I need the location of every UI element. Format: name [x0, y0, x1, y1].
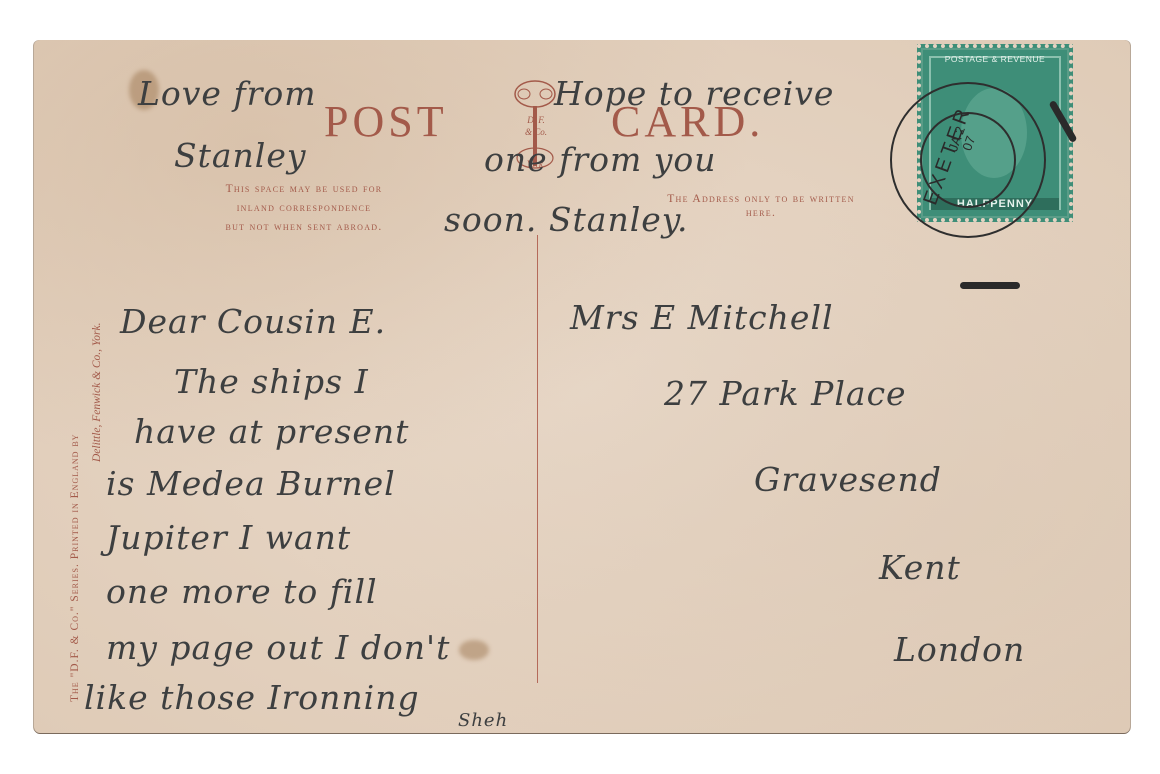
handwriting-from-you: one from you	[484, 140, 717, 179]
address-line-street: 27 Park Place	[664, 374, 907, 413]
note-line: but not when sent abroad.	[164, 218, 444, 237]
address-line-name: Mrs E Mitchell	[570, 298, 834, 337]
address-line-town: Gravesend	[754, 460, 942, 499]
publisher-line: Delittle, Fenwick & Co., York.	[86, 82, 108, 702]
message-line: one more to fill	[106, 572, 378, 611]
logo-line: D. F.	[516, 114, 556, 126]
note-line: inland correspondence	[164, 199, 444, 218]
message-line: have at present	[134, 412, 409, 451]
address-line-county: Kent	[879, 548, 961, 587]
center-divider	[537, 235, 538, 683]
handwriting-soon: soon. Stanley.	[444, 200, 689, 239]
note-line: This space may be used for	[164, 180, 444, 199]
message-line: Dear Cousin E.	[120, 302, 386, 341]
stamp-top-text: POSTAGE & REVENUE	[921, 54, 1069, 64]
logo-line: & Co.	[516, 126, 556, 138]
message-signoff: Sheh	[458, 710, 508, 731]
correspondence-note: This space may be used for inland corres…	[164, 180, 444, 237]
title-post: POST	[324, 96, 448, 147]
cancel-bar	[960, 282, 1020, 289]
ink-stain	[459, 640, 489, 660]
handwriting-stanley: Stanley	[174, 136, 307, 175]
message-line: is Medea Burnel	[106, 464, 396, 503]
message-line: my page out I don't	[106, 628, 450, 667]
handwriting-love-from: Love from	[138, 74, 317, 113]
publisher-imprint: The "D.F. & Co." Series. Printed in Engl…	[64, 82, 108, 702]
handwriting-hope: Hope to receive	[554, 74, 834, 113]
message-line: The ships I	[174, 362, 369, 401]
message-line: like those Ironning	[84, 678, 420, 717]
postmark: EXETER JA 2 07	[890, 82, 1046, 238]
publisher-line: The "D.F. & Co." Series. Printed in Engl…	[64, 82, 86, 702]
message-line: Jupiter I want	[106, 518, 351, 557]
address-line-city: London	[894, 630, 1025, 669]
